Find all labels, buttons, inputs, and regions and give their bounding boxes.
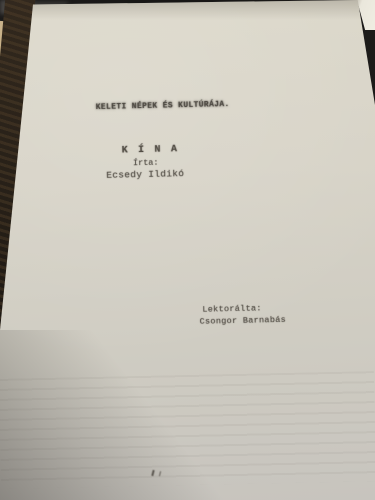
- title-text: K Í N A: [122, 144, 180, 156]
- photo-of-manuscript: KELETI NÉPEK ÉS KULTÚRÁJA. K Í N A Írta:…: [0, 0, 375, 500]
- author-name: Ecsedy Ildikó: [106, 168, 184, 181]
- reviewer-name: Csongor Barnabás: [200, 315, 287, 327]
- reviewed-by-label: Lektorálta:: [202, 303, 262, 314]
- typewritten-text-layer: KELETI NÉPEK ÉS KULTÚRÁJA. K Í N A Írta:…: [0, 0, 375, 500]
- written-by-label: Írta:: [133, 158, 159, 169]
- series-header-text: KELETI NÉPEK ÉS KULTÚRÁJA.: [96, 100, 230, 112]
